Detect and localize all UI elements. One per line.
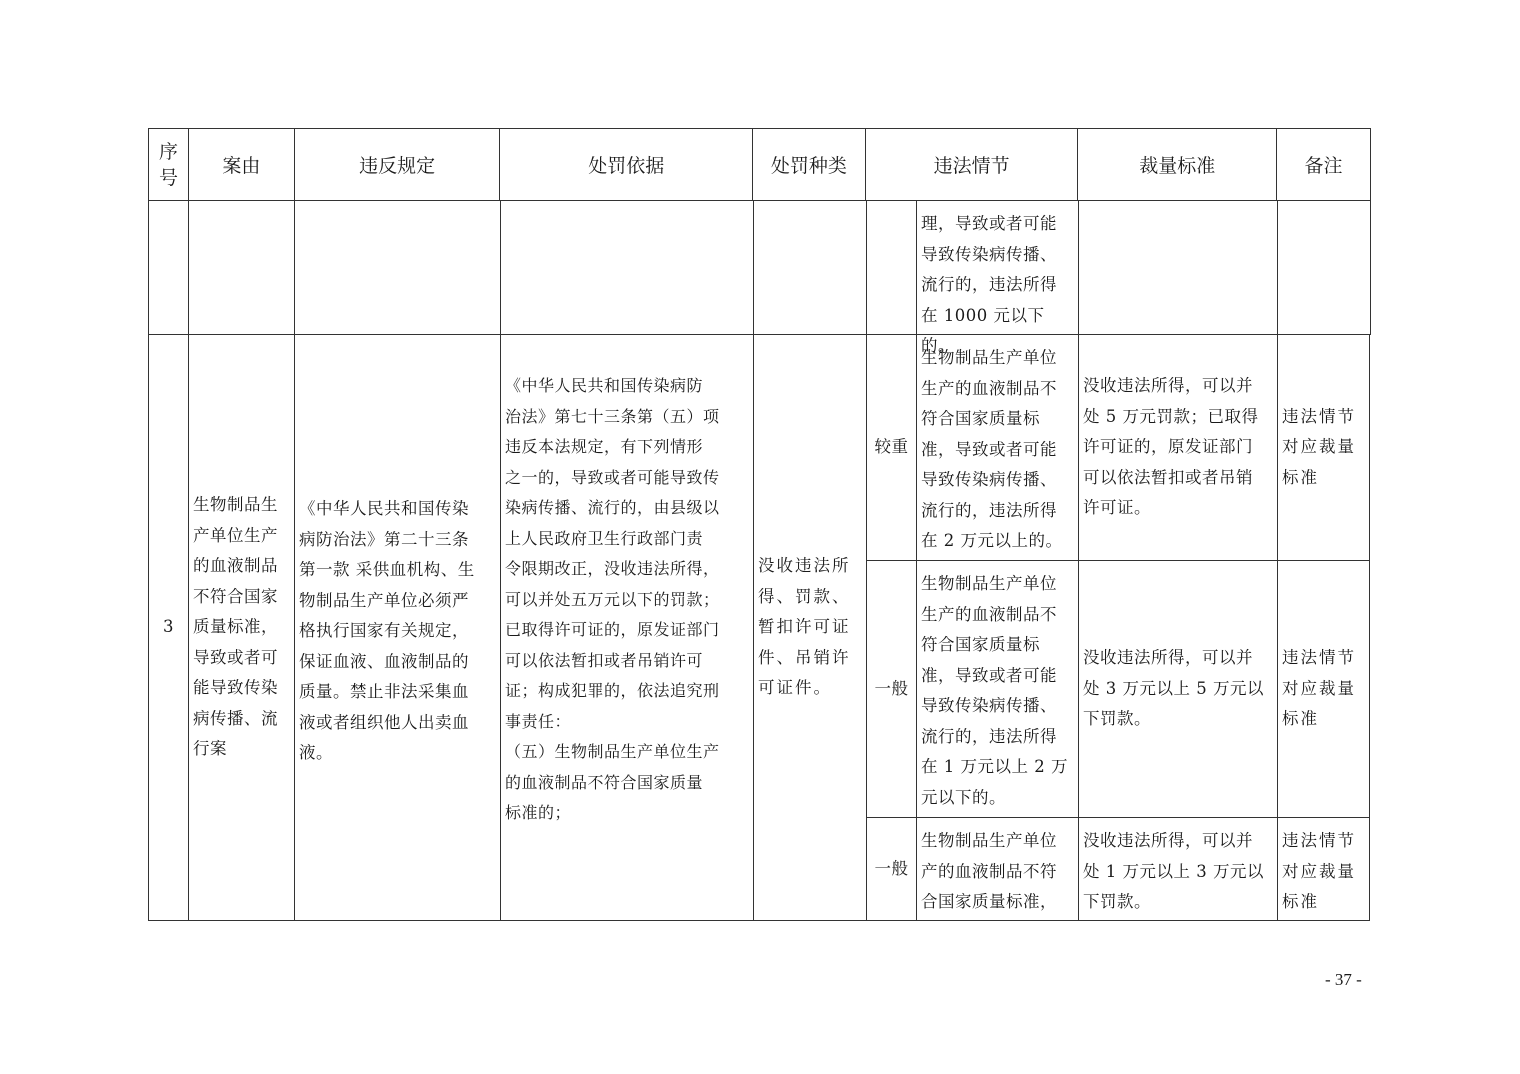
remark-cell-2: 违法情节 对应裁量 标准 (1277, 560, 1370, 818)
page-number: - 37 - (1325, 970, 1362, 990)
header-penalty-type: 处罚种类 (753, 129, 866, 200)
header-cause-label: 案由 (222, 151, 260, 178)
circumstance-cell-3: 生物制品生产单位 产的血液制品不符 合国家质量标准， (916, 817, 1079, 921)
header-violated-provision: 违反规定 (295, 129, 501, 200)
circumstance-cell-1: 生物制品生产单位 生产的血液制品不 符合国家质量标 准，导致或者可能 导致传染病… (916, 334, 1079, 561)
header-remark: 备注 (1277, 129, 1370, 200)
cont-cause-cell (188, 200, 295, 335)
cont-provision-cell (294, 200, 501, 335)
header-penalty-type-label: 处罚种类 (771, 151, 847, 178)
violated-provision-text: 《中华人民共和国传染 病防治法》第二十三条 第一款 采供血机构、生 物制品生产单… (299, 494, 475, 769)
header-penalty-basis: 处罚依据 (500, 129, 753, 200)
header-standard-label: 裁量标准 (1139, 151, 1215, 178)
remark-text-1: 违法情节 对应裁量 标准 (1282, 402, 1356, 494)
level-cell-3: 一般 (866, 817, 917, 921)
cont-basis-cell (500, 200, 754, 335)
table-header: 序 号 案由 违反规定 处罚依据 处罚种类 违法情节 裁量标准 备注 (148, 128, 1371, 201)
remark-cell-3: 违法情节 对应裁量 标准 (1277, 817, 1370, 921)
header-number: 序 号 (149, 129, 189, 200)
case-number-cell: 3 (148, 334, 189, 921)
level-cell-2: 一般 (866, 560, 917, 818)
violated-provision-cell: 《中华人民共和国传染 病防治法》第二十三条 第一款 采供血机构、生 物制品生产单… (294, 334, 501, 921)
penalty-basis-cell: 《中华人民共和国传染病防 治法》第七十三条第（五）项 违反本法规定，有下列情形 … (500, 334, 754, 921)
penalty-basis-text: 《中华人民共和国传染病防 治法》第七十三条第（五）项 违反本法规定，有下列情形 … (505, 376, 720, 822)
standard-text-2: 没收违法所得，可以并 处 3 万元以上 5 万元以 下罚款。 (1083, 643, 1264, 735)
header-standard: 裁量标准 (1078, 129, 1277, 200)
header-circumstance-label: 违法情节 (934, 151, 1010, 178)
level-cell-1: 较重 (866, 334, 917, 561)
remark-cell-1: 违法情节 对应裁量 标准 (1277, 334, 1370, 561)
case-cause-cell: 生物制品生 产单位生产 的血液制品 不符合国家 质量标准， 导致或者可 能导致传… (188, 334, 295, 921)
level-label-2: 一般 (875, 674, 909, 705)
standard-cell-3: 没收违法所得，可以并 处 1 万元以上 3 万元以 下罚款。 (1078, 817, 1278, 921)
cont-type-cell (753, 200, 867, 335)
standard-cell-1: 没收违法所得，可以并 处 5 万元罚款；已取得 许可证的，原发证部门 可以依法暂… (1078, 334, 1278, 561)
cont-circumstance-cell: 理，导致或者可能 导致传染病传播、 流行的，违法所得 在 1000 元以下的。 (916, 200, 1079, 335)
header-penalty-basis-label: 处罚依据 (588, 151, 664, 178)
penalty-type-cell: 没收违法所 得、罚款、 暂扣许可证 件、吊销许 可证件。 (753, 334, 867, 921)
standard-text-1: 没收违法所得，可以并 处 5 万元罚款；已取得 许可证的，原发证部门 可以依法暂… (1083, 371, 1259, 524)
header-number-label: 序 号 (159, 139, 178, 191)
case-cause-text: 生物制品生 产单位生产 的血液制品 不符合国家 质量标准， 导致或者可 能导致传… (193, 490, 278, 765)
header-remark-label: 备注 (1305, 151, 1343, 178)
header-violated-provision-label: 违反规定 (359, 151, 435, 178)
level-label-1: 较重 (875, 432, 909, 463)
circumstance-cell-2: 生物制品生产单位 生产的血液制品不 符合国家质量标 准，导致或者可能 导致传染病… (916, 560, 1079, 818)
case-number: 3 (163, 612, 174, 643)
remark-text-2: 违法情节 对应裁量 标准 (1282, 643, 1356, 735)
standard-cell-2: 没收违法所得，可以并 处 3 万元以上 5 万元以 下罚款。 (1078, 560, 1278, 818)
cont-standard-cell (1078, 200, 1278, 335)
header-cause: 案由 (189, 129, 295, 200)
cont-number-cell (148, 200, 189, 335)
header-circumstance: 违法情节 (866, 129, 1079, 200)
cont-level-cell (866, 200, 917, 335)
penalty-type-text: 没收违法所 得、罚款、 暂扣许可证 件、吊销许 可证件。 (758, 551, 851, 704)
level-label-3: 一般 (875, 854, 909, 885)
document-page: 序 号 案由 违反规定 处罚依据 处罚种类 违法情节 裁量标准 备注 理，导致或… (0, 0, 1520, 1074)
cont-remark-cell (1277, 200, 1371, 335)
